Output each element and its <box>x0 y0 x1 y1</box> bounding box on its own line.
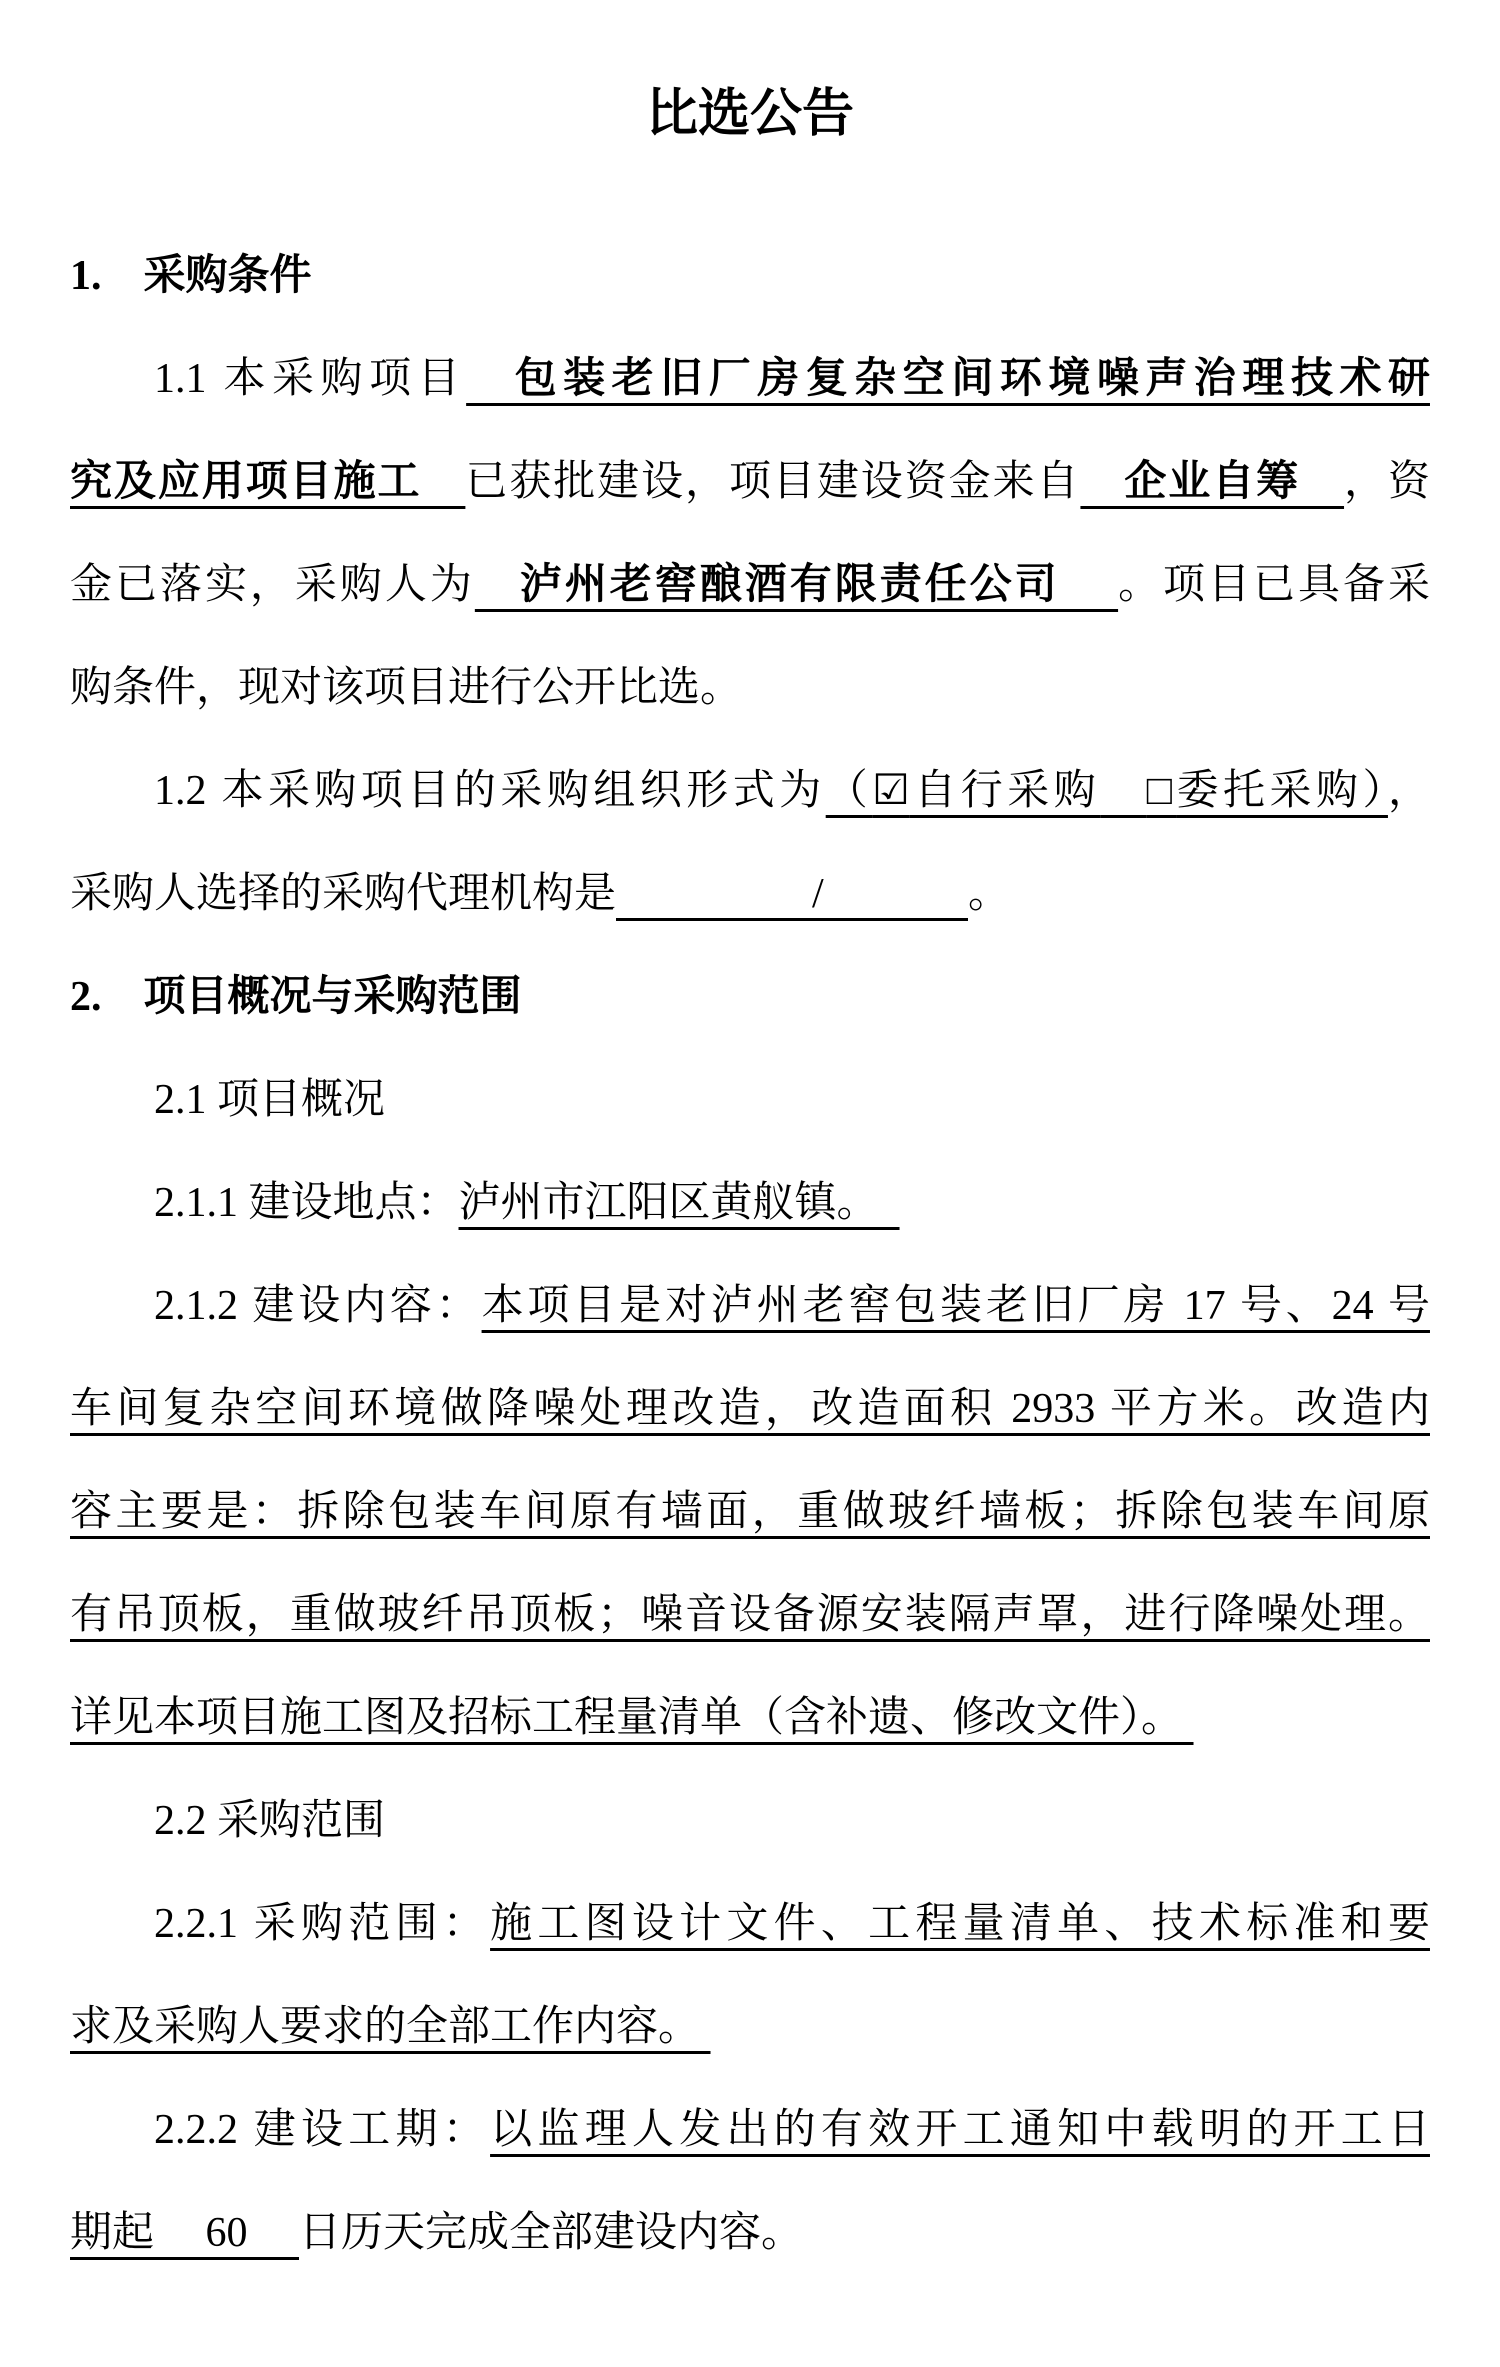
text-run: 采购人选择的采购代理机构是 <box>70 871 616 917</box>
text-line: 详见本项目施工图及招标工程量清单（含补遗、修改文件）。 <box>70 1667 1430 1770</box>
fill-in-blank-agency: / <box>616 870 968 921</box>
text-line: 2.1 项目概况 <box>70 1049 1430 1152</box>
filled-blank-scope: 施工图设计文件、工程量清单、技术标准和要 <box>490 1901 1430 1947</box>
text-line: 2.2.1 采购范围：施工图设计文件、工程量清单、技术标准和要 <box>70 1873 1430 1976</box>
text-line: 采购人选择的采购代理机构是/。 <box>70 843 1430 946</box>
text-run: 2.2.1 采购范围： <box>154 1901 490 1947</box>
document-title: 比选公告 <box>70 60 1430 170</box>
text-line: 求及采购人要求的全部工作内容。 <box>70 1976 1430 2079</box>
document-body: 1. 采购条件1.1 本采购项目 包装老旧厂房复杂空间环境噪声治理技术研究及应用… <box>70 225 1430 2285</box>
text-run: ， <box>1388 768 1430 814</box>
text-line: 2.1.1 建设地点：泸州市江阳区黄舣镇。 <box>70 1152 1430 1255</box>
text-line: 2.2 采购范围 <box>70 1770 1430 1873</box>
underlined-text: （ <box>826 768 872 814</box>
text-line: 2.1.2 建设内容：本项目是对泸州老窖包装老旧厂房 17 号、24 号 <box>70 1255 1430 1358</box>
text-line: 车间复杂空间环境做降噪处理改造，改造面积 2933 平方米。改造内 <box>70 1358 1430 1461</box>
underlined-text <box>1100 768 1146 814</box>
text-run: 1.1 本采购项目 <box>154 356 466 402</box>
text-run: 2.1.2 建设内容： <box>154 1283 482 1329</box>
filled-blank-project-name: 究及应用项目施工 <box>70 459 465 505</box>
section-heading: 1. 采购条件 <box>70 225 1430 328</box>
filled-blank-content: 有吊顶板，重做玻纤吊顶板；噪音设备源安装隔声罩，进行降噪处理。 <box>70 1592 1430 1638</box>
text-run: 。 <box>968 871 1010 917</box>
text-run: 购条件，现对该项目进行公开比选。 <box>70 665 742 711</box>
text-run: 金已落实，采购人为 <box>70 562 475 608</box>
text-line: 金已落实，采购人为 泸州老窖酿酒有限责任公司 。项目已具备采 <box>70 534 1430 637</box>
text-run: ，资 <box>1344 459 1430 505</box>
filled-blank-duration: 以监理人发出的有效开工通知中载明的开工日 <box>490 2107 1430 2153</box>
text-line: 究及应用项目施工 已获批建设，项目建设资金来自 企业自筹 ，资 <box>70 431 1430 534</box>
text-line: 购条件，现对该项目进行公开比选。 <box>70 637 1430 740</box>
fill-in-blank-days: 60 <box>154 2209 299 2260</box>
text-line: 期起60日历天完成全部建设内容。 <box>70 2182 1430 2285</box>
text-line: 容主要是：拆除包装车间原有墙面，重做玻纤墙板；拆除包装车间原 <box>70 1461 1430 1564</box>
text-run: 2.1 项目概况 <box>154 1077 385 1123</box>
text-run: 2. 项目概况与采购范围 <box>70 974 522 1020</box>
checkbox-unchecked-icon: □ <box>1147 768 1177 814</box>
text-run: 1. 采购条件 <box>70 253 312 299</box>
text-run: 1.2 本采购项目的采购组织形式为 <box>154 768 826 814</box>
filled-blank-content: 车间复杂空间环境做降噪处理改造，改造面积 2933 平方米。改造内 <box>70 1386 1430 1432</box>
filled-blank-purchaser-name: 泸州老窖酿酒有限责任公司 <box>475 562 1118 608</box>
filled-blank-content: 容主要是：拆除包装车间原有墙面，重做玻纤墙板；拆除包装车间原 <box>70 1489 1430 1535</box>
underlined-text: 委托采购） <box>1177 768 1388 814</box>
checkbox-checked-icon: ☑ <box>872 768 910 814</box>
text-run: 2.2.2 建设工期： <box>154 2107 490 2153</box>
text-line: 有吊顶板，重做玻纤吊顶板；噪音设备源安装隔声罩，进行降噪处理。 <box>70 1564 1430 1667</box>
filled-blank-content: 详见本项目施工图及招标工程量清单（含补遗、修改文件）。 <box>70 1695 1194 1741</box>
filled-blank-project-name: 包装老旧厂房复杂空间环境噪声治理技术研 <box>466 356 1430 402</box>
text-run: 2.1.1 建设地点： <box>154 1180 459 1226</box>
text-run: 日历天完成全部建设内容。 <box>299 2210 803 2256</box>
text-line: 1.1 本采购项目 包装老旧厂房复杂空间环境噪声治理技术研 <box>70 328 1430 431</box>
filled-blank-funding-source: 企业自筹 <box>1080 459 1344 505</box>
section-heading: 2. 项目概况与采购范围 <box>70 946 1430 1049</box>
text-run: 。项目已具备采 <box>1118 562 1430 608</box>
underlined-text: 自行采购 <box>910 768 1100 814</box>
text-line: 1.2 本采购项目的采购组织形式为（☑自行采购 □委托采购）， <box>70 740 1430 843</box>
document-page: 比选公告 1. 采购条件1.1 本采购项目 包装老旧厂房复杂空间环境噪声治理技术… <box>0 0 1500 2367</box>
filled-blank-scope: 求及采购人要求的全部工作内容。 <box>70 2004 711 2050</box>
filled-blank-content: 本项目是对泸州老窖包装老旧厂房 17 号、24 号 <box>482 1283 1430 1329</box>
text-run: 2.2 采购范围 <box>154 1798 385 1844</box>
filled-blank-location: 泸州市江阳区黄舣镇。 <box>459 1180 900 1226</box>
text-run: 已获批建设，项目建设资金来自 <box>465 459 1080 505</box>
filled-blank-duration: 期起 <box>70 2210 154 2256</box>
text-line: 2.2.2 建设工期：以监理人发出的有效开工通知中载明的开工日 <box>70 2079 1430 2182</box>
